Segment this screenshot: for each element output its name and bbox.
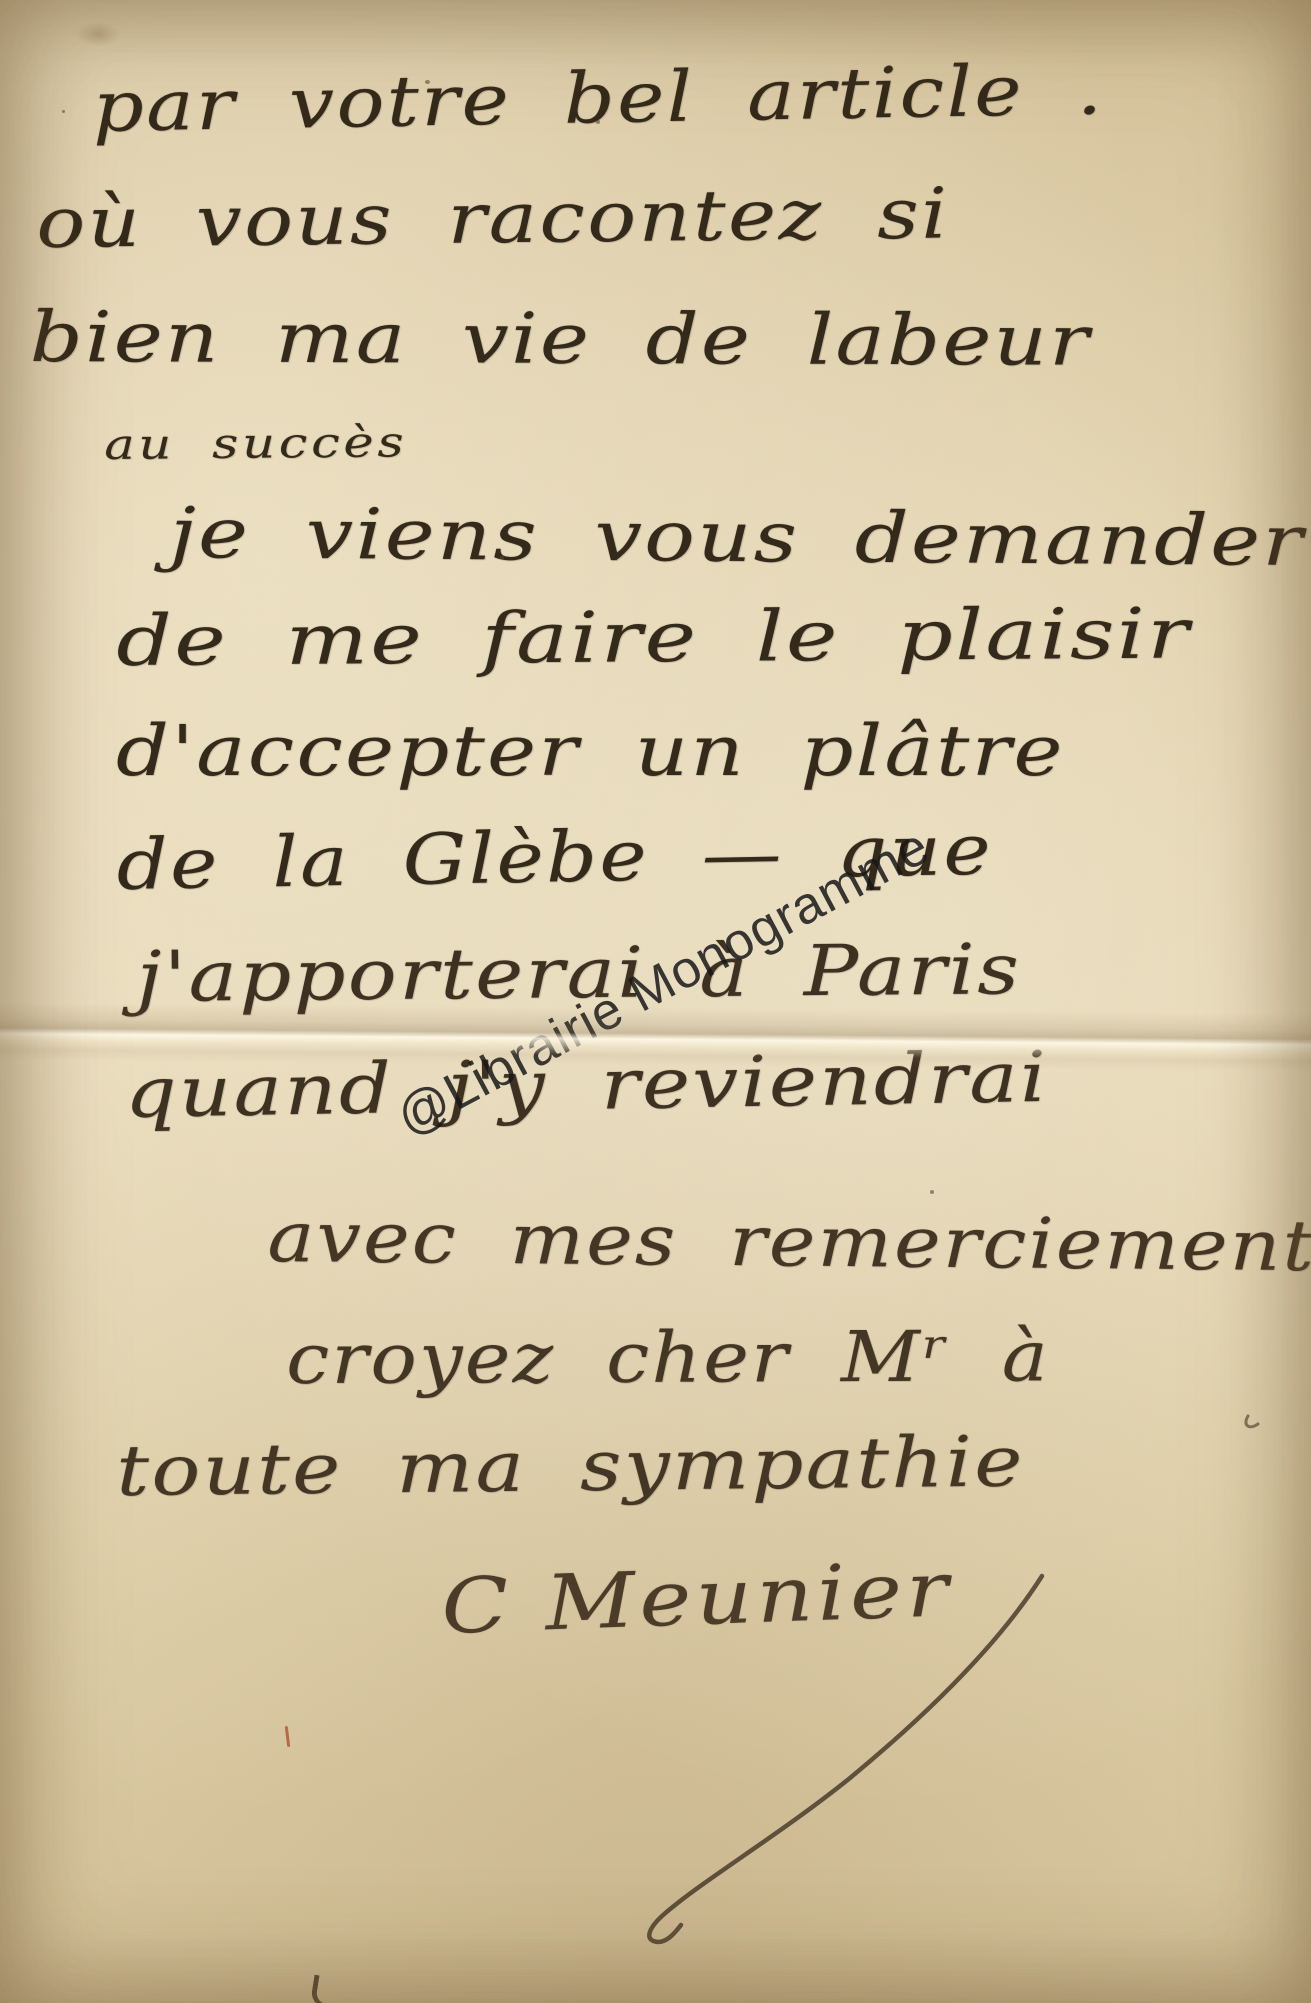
signature: C Meunier xyxy=(440,1544,954,1651)
ink-speck xyxy=(425,80,430,84)
letter-closing-line: croyez cher Mʳ à xyxy=(286,1315,1050,1400)
cutoff-ink-stroke xyxy=(310,1975,335,2003)
letter-line: d'accepter un plâtre xyxy=(116,710,1065,792)
letter-line: où vous racontez si xyxy=(36,172,950,264)
paper-smudge xyxy=(76,22,120,46)
letter-line: par votre bel article . xyxy=(92,48,1105,148)
letter-line: je viens vous demander xyxy=(169,492,1305,582)
letter-closing-line: avec mes remerciements xyxy=(267,1196,1311,1288)
ink-speck xyxy=(930,1190,934,1194)
letter-scan: par votre bel article . où vous racontez… xyxy=(0,0,1311,2003)
ink-tail-stroke-2 xyxy=(1246,1416,1258,1427)
red-fiber-mark xyxy=(285,1726,291,1747)
ink-speck xyxy=(596,120,600,124)
letter-line: bien ma vie de labeur xyxy=(30,296,1091,382)
letter-closing-line: toute ma sympathie xyxy=(116,1420,1025,1512)
ink-speck xyxy=(500,556,504,559)
letter-line: de me faire le plaisir xyxy=(116,592,1191,682)
ink-speck xyxy=(62,110,65,113)
letter-inserted-line: au succès xyxy=(104,417,408,469)
